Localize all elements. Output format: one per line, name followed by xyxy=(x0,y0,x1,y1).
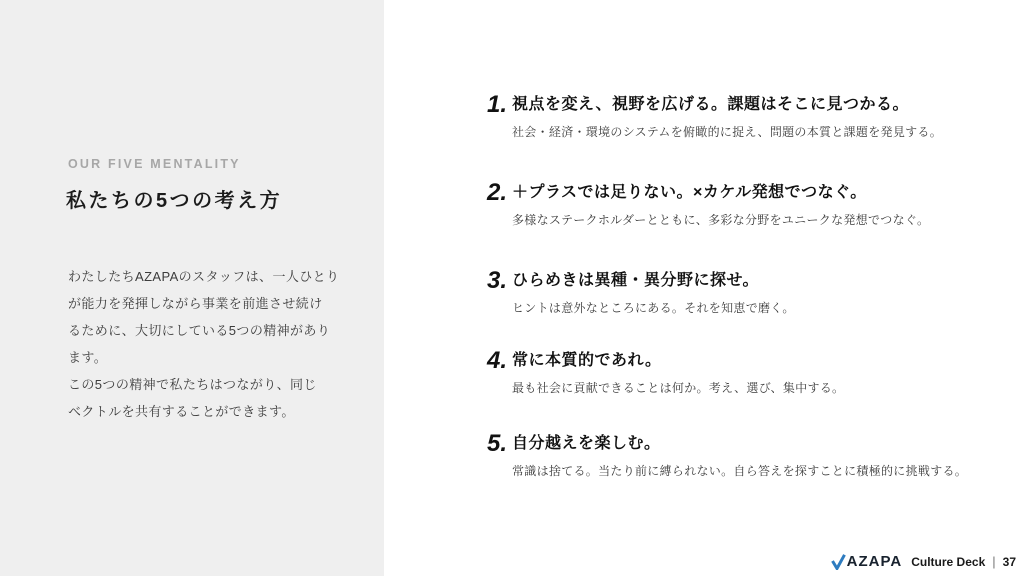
item-number: 3. xyxy=(487,269,512,293)
page-number: 37 xyxy=(1003,555,1016,569)
item-description: ヒントは意外なところにある。それを知恵で磨く。 xyxy=(512,299,795,317)
item-number: 4. xyxy=(487,349,512,373)
item-heading: ＋プラスでは足りない。×カケル発想でつなぐ。 xyxy=(512,181,929,205)
mentality-item-4: 4. 常に本質的であれ。 最も社会に貢献できることは何か。考え、選び、集中する。 xyxy=(487,349,1004,397)
item-number: 5. xyxy=(487,432,512,456)
item-number: 2. xyxy=(487,181,512,205)
brand-name: AZAPA xyxy=(847,553,903,570)
azapa-logo: AZAPA xyxy=(831,553,903,570)
intro-paragraph: わたしたちAZAPAのスタッフは、一人ひとり が能力を発揮しながら事業を前進させ… xyxy=(68,263,348,425)
mentality-item-3: 3. ひらめきは異種・異分野に探せ。 ヒントは意外なところにある。それを知恵で磨… xyxy=(487,269,1004,317)
item-heading: 常に本質的であれ。 xyxy=(512,349,844,373)
page-title: 私たちの5つの考え方 xyxy=(66,184,282,213)
item-heading: ひらめきは異種・異分野に探せ。 xyxy=(512,269,795,293)
deck-label: Culture Deck xyxy=(911,555,985,569)
section-eyebrow: OUR FIVE MENTALITY xyxy=(68,157,241,171)
item-description: 常識は捨てる。当たり前に縛られない。自ら答えを探すことに積極的に挑戦する。 xyxy=(512,462,967,480)
left-panel: OUR FIVE MENTALITY 私たちの5つの考え方 わたしたちAZAPA… xyxy=(0,0,384,576)
item-description: 最も社会に貢献できることは何か。考え、選び、集中する。 xyxy=(512,379,844,397)
azapa-check-icon xyxy=(831,554,846,570)
mentality-item-2: 2. ＋プラスでは足りない。×カケル発想でつなぐ。 多様なステークホルダーととも… xyxy=(487,181,1004,229)
page-separator: | xyxy=(992,554,995,569)
mentality-item-5: 5. 自分越えを楽しむ。 常識は捨てる。当たり前に縛られない。自ら答えを探すこと… xyxy=(487,432,1004,480)
item-description: 多様なステークホルダーとともに、多彩な分野をユニークな発想でつなぐ。 xyxy=(512,211,929,229)
mentality-list: 1. 視点を変え、視野を広げる。課題はそこに見つかる。 社会・経済・環境のシステ… xyxy=(487,0,1004,576)
item-description: 社会・経済・環境のシステムを俯瞰的に捉え、問題の本質と課題を発見する。 xyxy=(512,123,942,141)
culture-deck-slide: OUR FIVE MENTALITY 私たちの5つの考え方 わたしたちAZAPA… xyxy=(0,0,1024,576)
slide-footer: AZAPA Culture Deck | 37 xyxy=(831,553,1016,570)
item-number: 1. xyxy=(487,93,512,117)
item-heading: 視点を変え、視野を広げる。課題はそこに見つかる。 xyxy=(512,93,942,117)
mentality-item-1: 1. 視点を変え、視野を広げる。課題はそこに見つかる。 社会・経済・環境のシステ… xyxy=(487,93,1004,141)
item-heading: 自分越えを楽しむ。 xyxy=(512,432,967,456)
